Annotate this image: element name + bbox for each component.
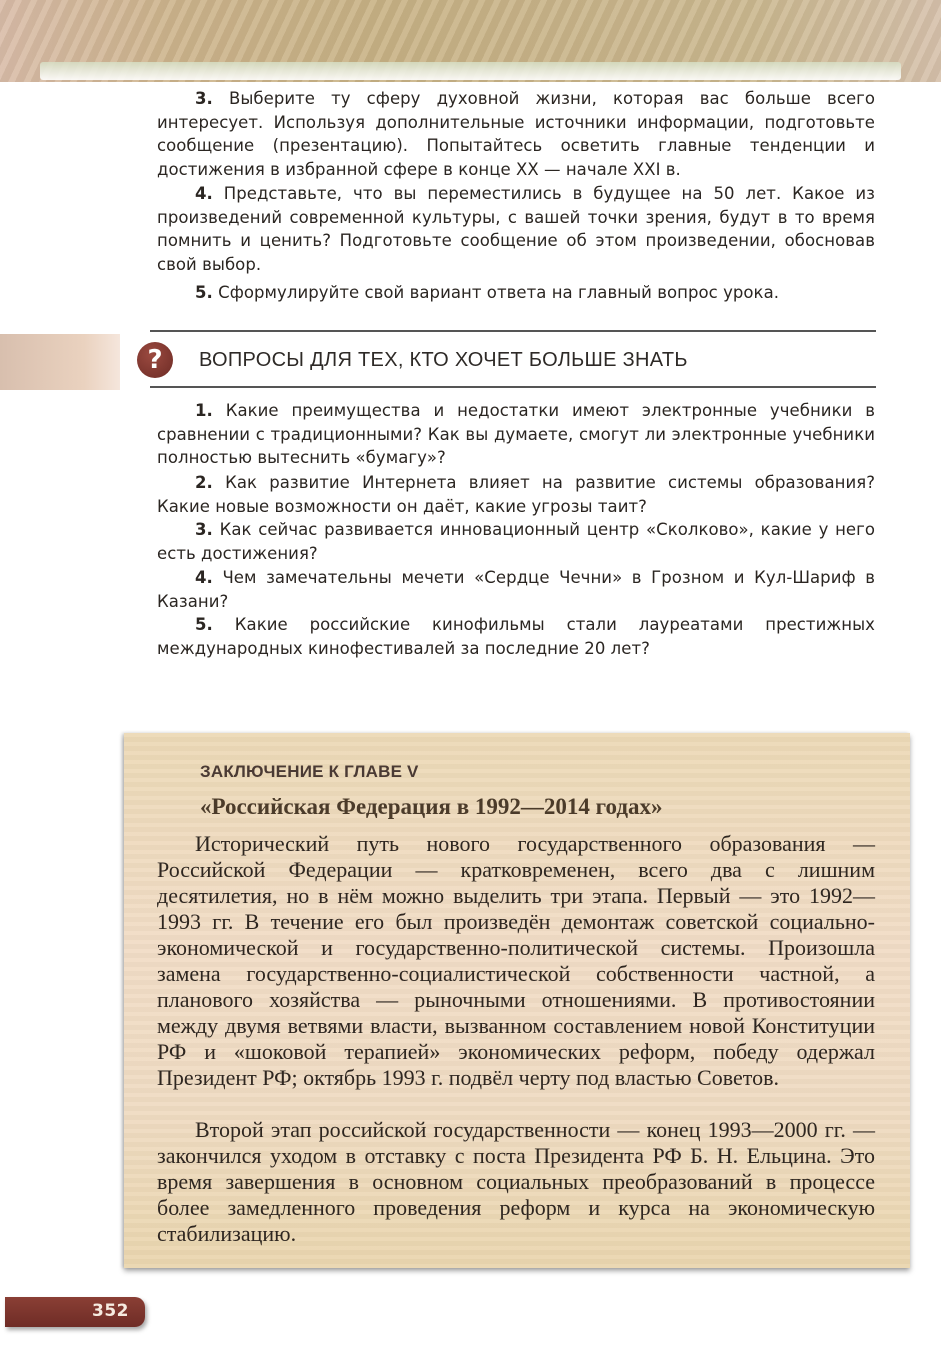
question-text: Как сейчас развивается инновационный цен… <box>157 520 875 563</box>
section-rule-top <box>150 330 876 332</box>
question-text: Какие преимущества и недостатки имеют эл… <box>157 401 875 467</box>
task-4: 4. Представьте, что вы переместились в б… <box>157 182 875 276</box>
question-text: Как развитие Интернета влияет на развити… <box>157 473 875 516</box>
task-number: 3. <box>195 89 213 108</box>
question-1: 1. Какие преимущества и недостатки имеют… <box>157 399 875 470</box>
question-5: 5. Какие российские кинофильмы стали лау… <box>157 613 875 660</box>
decorative-header-banner <box>0 0 941 82</box>
task-number: 4. <box>195 184 213 203</box>
section-side-tab <box>0 334 120 390</box>
question-number: 4. <box>195 568 213 587</box>
question-4: 4. Чем замечательны мечети «Сердце Чечни… <box>157 566 875 613</box>
page-number-tab: 352 <box>5 1297 145 1327</box>
task-text: Выберите ту сферу духовной жизни, котора… <box>157 89 875 179</box>
question-3: 3. Как сейчас развивается инновационный … <box>157 518 875 565</box>
question-mark-icon: ? <box>137 342 173 378</box>
question-text: Чем замечательны мечети «Сердце Чечни» в… <box>157 568 875 611</box>
question-2: 2. Как развитие Интернета влияет на разв… <box>157 471 875 518</box>
section-rule-bottom <box>150 386 876 388</box>
section-title: ВОПРОСЫ ДЛЯ ТЕХ, КТО ХОЧЕТ БОЛЬШЕ ЗНАТЬ <box>199 349 688 372</box>
question-number: 1. <box>195 401 213 420</box>
conclusion-paragraph-2: Второй этап российской государственности… <box>157 1117 875 1247</box>
task-number: 5. <box>195 283 213 302</box>
page-number: 352 <box>92 1301 129 1321</box>
conclusion-title: «Российская Федерация в 1992—2014 годах» <box>200 794 662 820</box>
question-text: Какие российские кинофильмы стали лауреа… <box>157 615 875 658</box>
task-text: Представьте, что вы переместились в буду… <box>157 184 875 274</box>
question-number: 5. <box>195 615 213 634</box>
task-3: 3. Выберите ту сферу духовной жизни, кот… <box>157 87 875 181</box>
task-5: 5. Сформулируйте свой вариант ответа на … <box>157 281 875 305</box>
conclusion-label: ЗАКЛЮЧЕНИЕ К ГЛАВЕ V <box>200 762 419 782</box>
question-number: 3. <box>195 520 213 539</box>
task-text: Сформулируйте свой вариант ответа на гла… <box>218 283 779 302</box>
question-number: 2. <box>195 473 213 492</box>
conclusion-paragraph-1: Исторический путь нового государственног… <box>157 831 875 1091</box>
